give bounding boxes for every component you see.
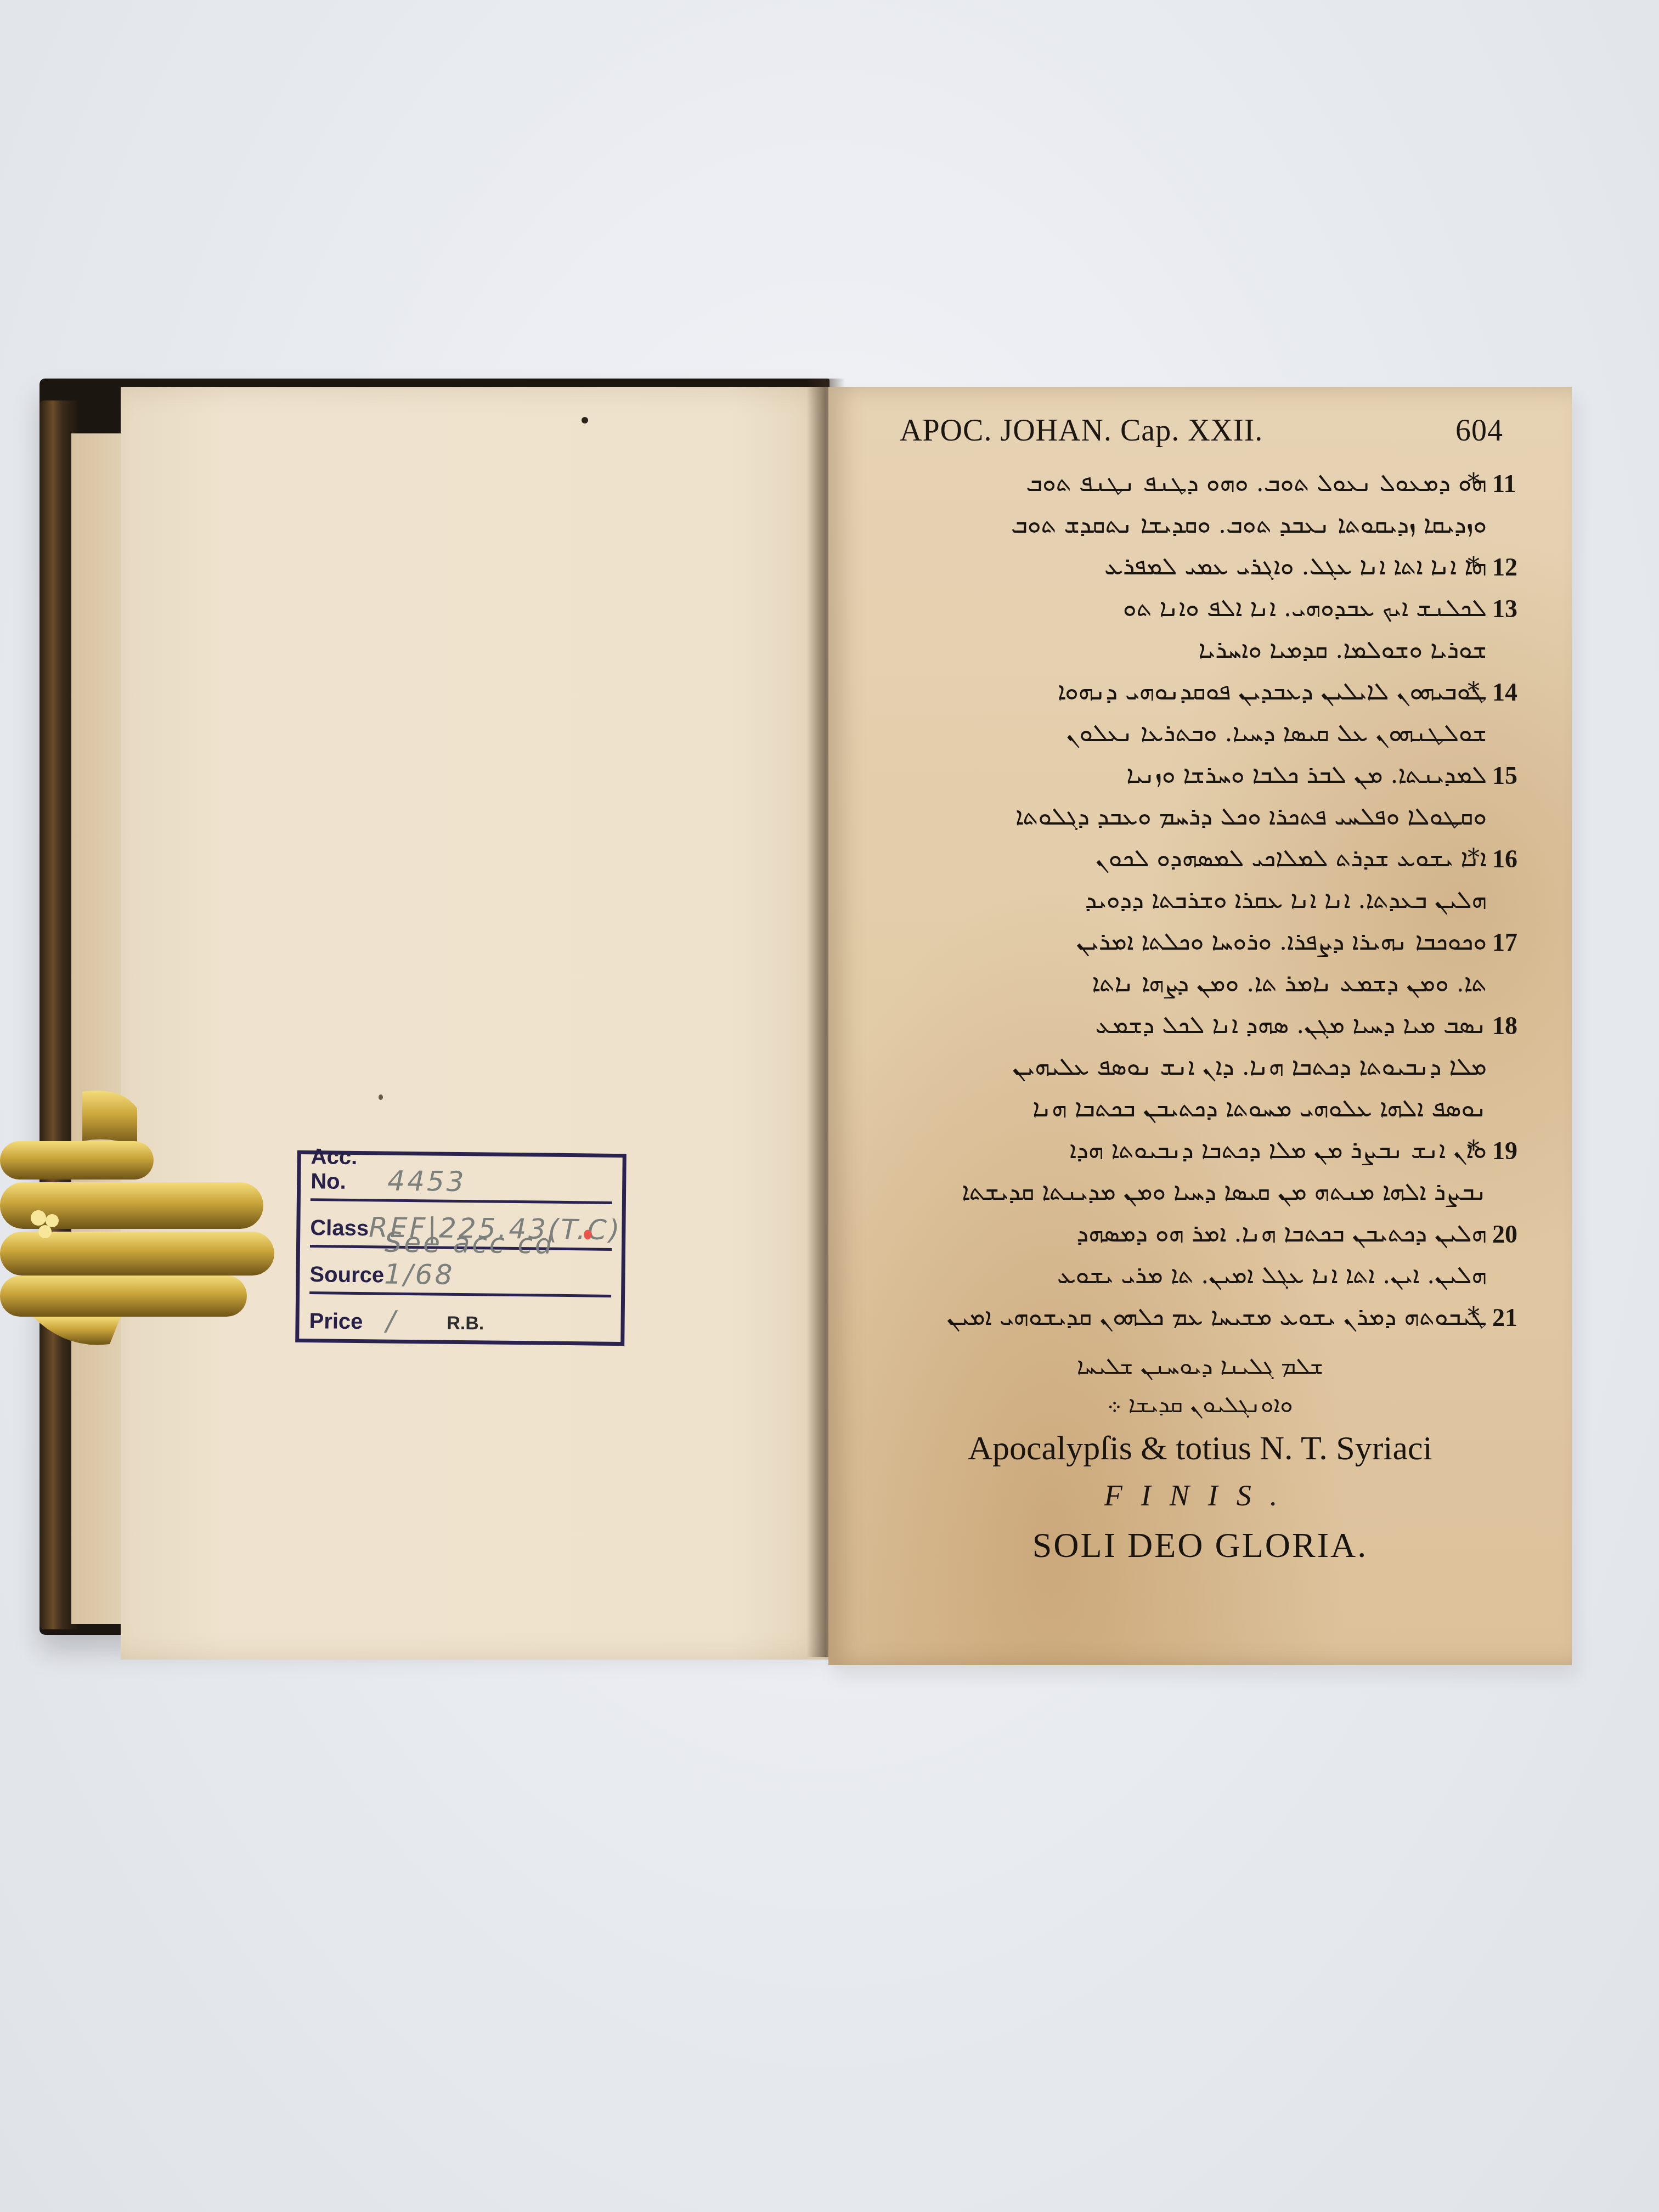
soli-deo-gloria-line: SOLI DEO GLORIA. <box>828 1525 1572 1566</box>
syriac-verse-line: ܛܝܒܘܬܗ ܕܡܪܢ ܝܫܘܥ ܡܫܝܚܐ ܥܡ ܟܠܗܘܢ ܩܕܝܫܘܗܝ … <box>889 1303 1487 1338</box>
syriac-verse-line: ܗܘ ܕܡܥܘܠ ܢܥܘܠ ܬܘܒ. ܘܗܘ ܕܛܢܦ ܢܛܢܦ ܬܘܒ <box>889 469 1487 504</box>
brass-hand-clip-icon <box>0 1086 274 1350</box>
syriac-verse-line: ܢܣܒ ܡܝܐ ܕܚܝܐ ܡܓܢ. ܣܗܕ ܐܢܐ ܠܟܠ ܕܫܡܥ <box>889 1011 1487 1046</box>
verse-number: 15 <box>1492 761 1553 790</box>
stamp-row-price: Price / R.B. <box>309 1294 611 1341</box>
stamp-row-acc-no: Acc. No. 4453 <box>311 1154 613 1204</box>
finis-line: FINIS. <box>828 1479 1572 1513</box>
running-head-title: APOC. JOHAN. Cap. XXII. <box>900 414 1263 448</box>
library-accession-stamp: Acc. No. 4453 Class REF|225.43(T.C) Sour… <box>295 1150 627 1346</box>
closing-latin-line: Apocalypſis & totius N. T. Syriaci <box>828 1429 1572 1468</box>
right-printed-page: APOC. JOHAN. Cap. XXII. 604 ܗܘ ܕܡܥܘܠ ܢܥܘ… <box>828 387 1572 1665</box>
syriac-verse-line: ܗܠܝܢ. ܐܝܢ. ܐܬܐ ܐܢܐ ܥܓܠ ܐܡܝܢ. ܬܐ ܡܪܝ ܝܫܘܥ <box>889 1261 1487 1296</box>
verse-asterisk: * <box>1468 1136 1480 1164</box>
page-number: 604 <box>1455 413 1503 448</box>
stamp-label: Acc. No. <box>311 1144 388 1199</box>
syriac-verse-line: ܘܙܕܝܩܐ ܙܕܝܩܘܬܐ ܢܥܒܕ ܬܘܒ. ܘܩܕܝܫܐ ܢܬܩܕܫ ܬܘ… <box>889 511 1487 546</box>
syriac-verse-line: ܗܠܝܢ ܒܥܕܬܐ. ܐܢܐ ܐܢܐ ܥܩܪܐ ܘܫܪܒܬܐ ܕܕܘܝܕ <box>889 886 1487 921</box>
syriac-verse-line: ܠܟܠܢܫ ܐܝܟ ܥܒܕܘܗܝ. ܐܢܐ ܐܠܦ ܘܐܢܐ ܬܘ <box>889 594 1487 629</box>
syriac-verse-line: ܐܢܐ ܝܫܘܥ ܫܕܪܬ ܠܡܠܐܟܝ ܠܡܣܗܕܘ ܠܟܘܢ <box>889 844 1487 879</box>
syriac-verse-line: ܢܒܨܪ ܐܠܗܐ ܡܢܬܗ ܡܢ ܩܝܣܐ ܕܚܝܐ ܘܡܢ ܡܕܝܢܬܐ ܩ… <box>889 1178 1487 1213</box>
verse-number: 18 <box>1492 1011 1553 1040</box>
verse-number: 20 <box>1492 1220 1553 1249</box>
syriac-colophon-line-2: ܘܐܘܢܓܠܝܘܢ ܩܕܝܫܐ ܀ <box>828 1391 1572 1418</box>
verse-number: 17 <box>1492 928 1553 957</box>
verse-number: 12 <box>1492 552 1553 582</box>
stamp-label: Class <box>310 1216 369 1245</box>
left-blank-page <box>121 387 839 1660</box>
syriac-verse-line: ܫܘܠܛܢܗܘܢ ܥܠ ܩܝܣܐ ܕܚܝܐ. ܘܒܬܪܥܐ ܢܥܠܘܢ <box>889 719 1487 754</box>
verse-asterisk: * <box>1468 844 1480 872</box>
verse-number: 13 <box>1492 594 1553 623</box>
stamp-value: 4453 <box>387 1165 466 1200</box>
syriac-verse-line: ܘܩܛܘܠܐ ܘܦܠܚܝ ܦܬܟܪܐ ܘܟܠ ܕܪܚܡ ܘܥܒܕ ܕܓܠܘܬܐ <box>889 803 1487 838</box>
syriac-verse-line: ܫܘܪܝܐ ܘܫܘܠܡܐ. ܩܕܡܝܐ ܘܐܚܪܝܐ <box>889 636 1487 671</box>
syriac-verse-line: ܘܐܢ ܐܢܫ ܢܒܨܪ ܡܢ ܡܠܐ ܕܟܬܒܐ ܕܢܒܝܘܬܐ ܗܕܐ <box>889 1136 1487 1171</box>
syriac-verse-line: ܗܐ ܐܢܐ ܐܬܐ ܐܢܐ ܥܓܠ. ܘܐܓܪܝ ܥܡܝ ܠܡܦܪܥ <box>889 552 1487 588</box>
verse-number: 21 <box>1492 1303 1553 1332</box>
verse-number: 19 <box>1492 1136 1553 1165</box>
syriac-verse-line: ܠܡܕܝܢܬܐ. ܡܢ ܠܒܪ ܟܠܒܐ ܘܚܪܫܐ ܘܙܢܝܐ <box>889 761 1487 796</box>
stamp-label: Price <box>309 1309 386 1339</box>
syriac-verse-line: ܘܟܘܟܒܐ ܢܗܝܪܐ ܕܨܦܪܐ. ܘܪܘܚܐ ܘܟܠܬܐ ܐܡܪܝܢ <box>889 928 1487 963</box>
verse-number: 16 <box>1492 844 1553 873</box>
verse-asterisk: * <box>1468 678 1480 706</box>
verse-asterisk: * <box>1468 552 1480 580</box>
syriac-verse-line: ܛܘܒܝܗܘܢ ܠܐܝܠܝܢ ܕܥܒܕܝܢ ܦܘܩܕܢܘܗܝ ܕܢܗܘܐ <box>889 678 1487 713</box>
syriac-verse-line: ܡܠܐ ܕܢܒܝܘܬܐ ܕܟܬܒܐ ܗܢܐ. ܕܐܢ ܐܢܫ ܢܘܣܦ ܥܠܝܗ… <box>889 1053 1487 1088</box>
verse-number: 14 <box>1492 678 1553 707</box>
syriac-colophon-line-1: ܫܠܡ ܓܠܝܢܐ ܕܝܘܚܢܢ ܫܠܝܚܐ <box>828 1352 1572 1380</box>
stamp-value: / <box>386 1305 398 1339</box>
stamp-value: See acc cd 1/68 <box>384 1227 612 1295</box>
ink-dot <box>582 417 588 424</box>
verse-asterisk: * <box>1468 469 1480 497</box>
syriac-verse-line: ܢܘܣܦ ܐܠܗܐ ܥܠܘܗܝ ܡܚܘܬܐ ܕܟܬܝܒܢ ܒܟܬܒܐ ܗܢܐ <box>889 1094 1487 1130</box>
syriac-verse-line: ܗܠܝܢ ܕܟܬܝܒܢ ܒܟܬܒܐ ܗܢܐ. ܐܡܪ ܗܘ ܕܡܣܗܕ <box>889 1220 1487 1255</box>
stamp-initials: R.B. <box>447 1313 484 1340</box>
running-head: APOC. JOHAN. Cap. XXII. 604 <box>900 413 1503 448</box>
stamp-label: Source <box>309 1262 384 1292</box>
verse-asterisk: * <box>1468 1303 1480 1331</box>
verse-number: 11 <box>1492 469 1553 498</box>
syriac-verse-line: ܬܐ. ܘܡܢ ܕܫܡܥ ܢܐܡܪ ܬܐ. ܘܡܢ ܕܨܗܐ ܢܐܬܐ <box>889 969 1487 1005</box>
paper-speck <box>379 1094 383 1100</box>
stamp-row-source: Source See acc cd 1/68 <box>309 1248 612 1297</box>
